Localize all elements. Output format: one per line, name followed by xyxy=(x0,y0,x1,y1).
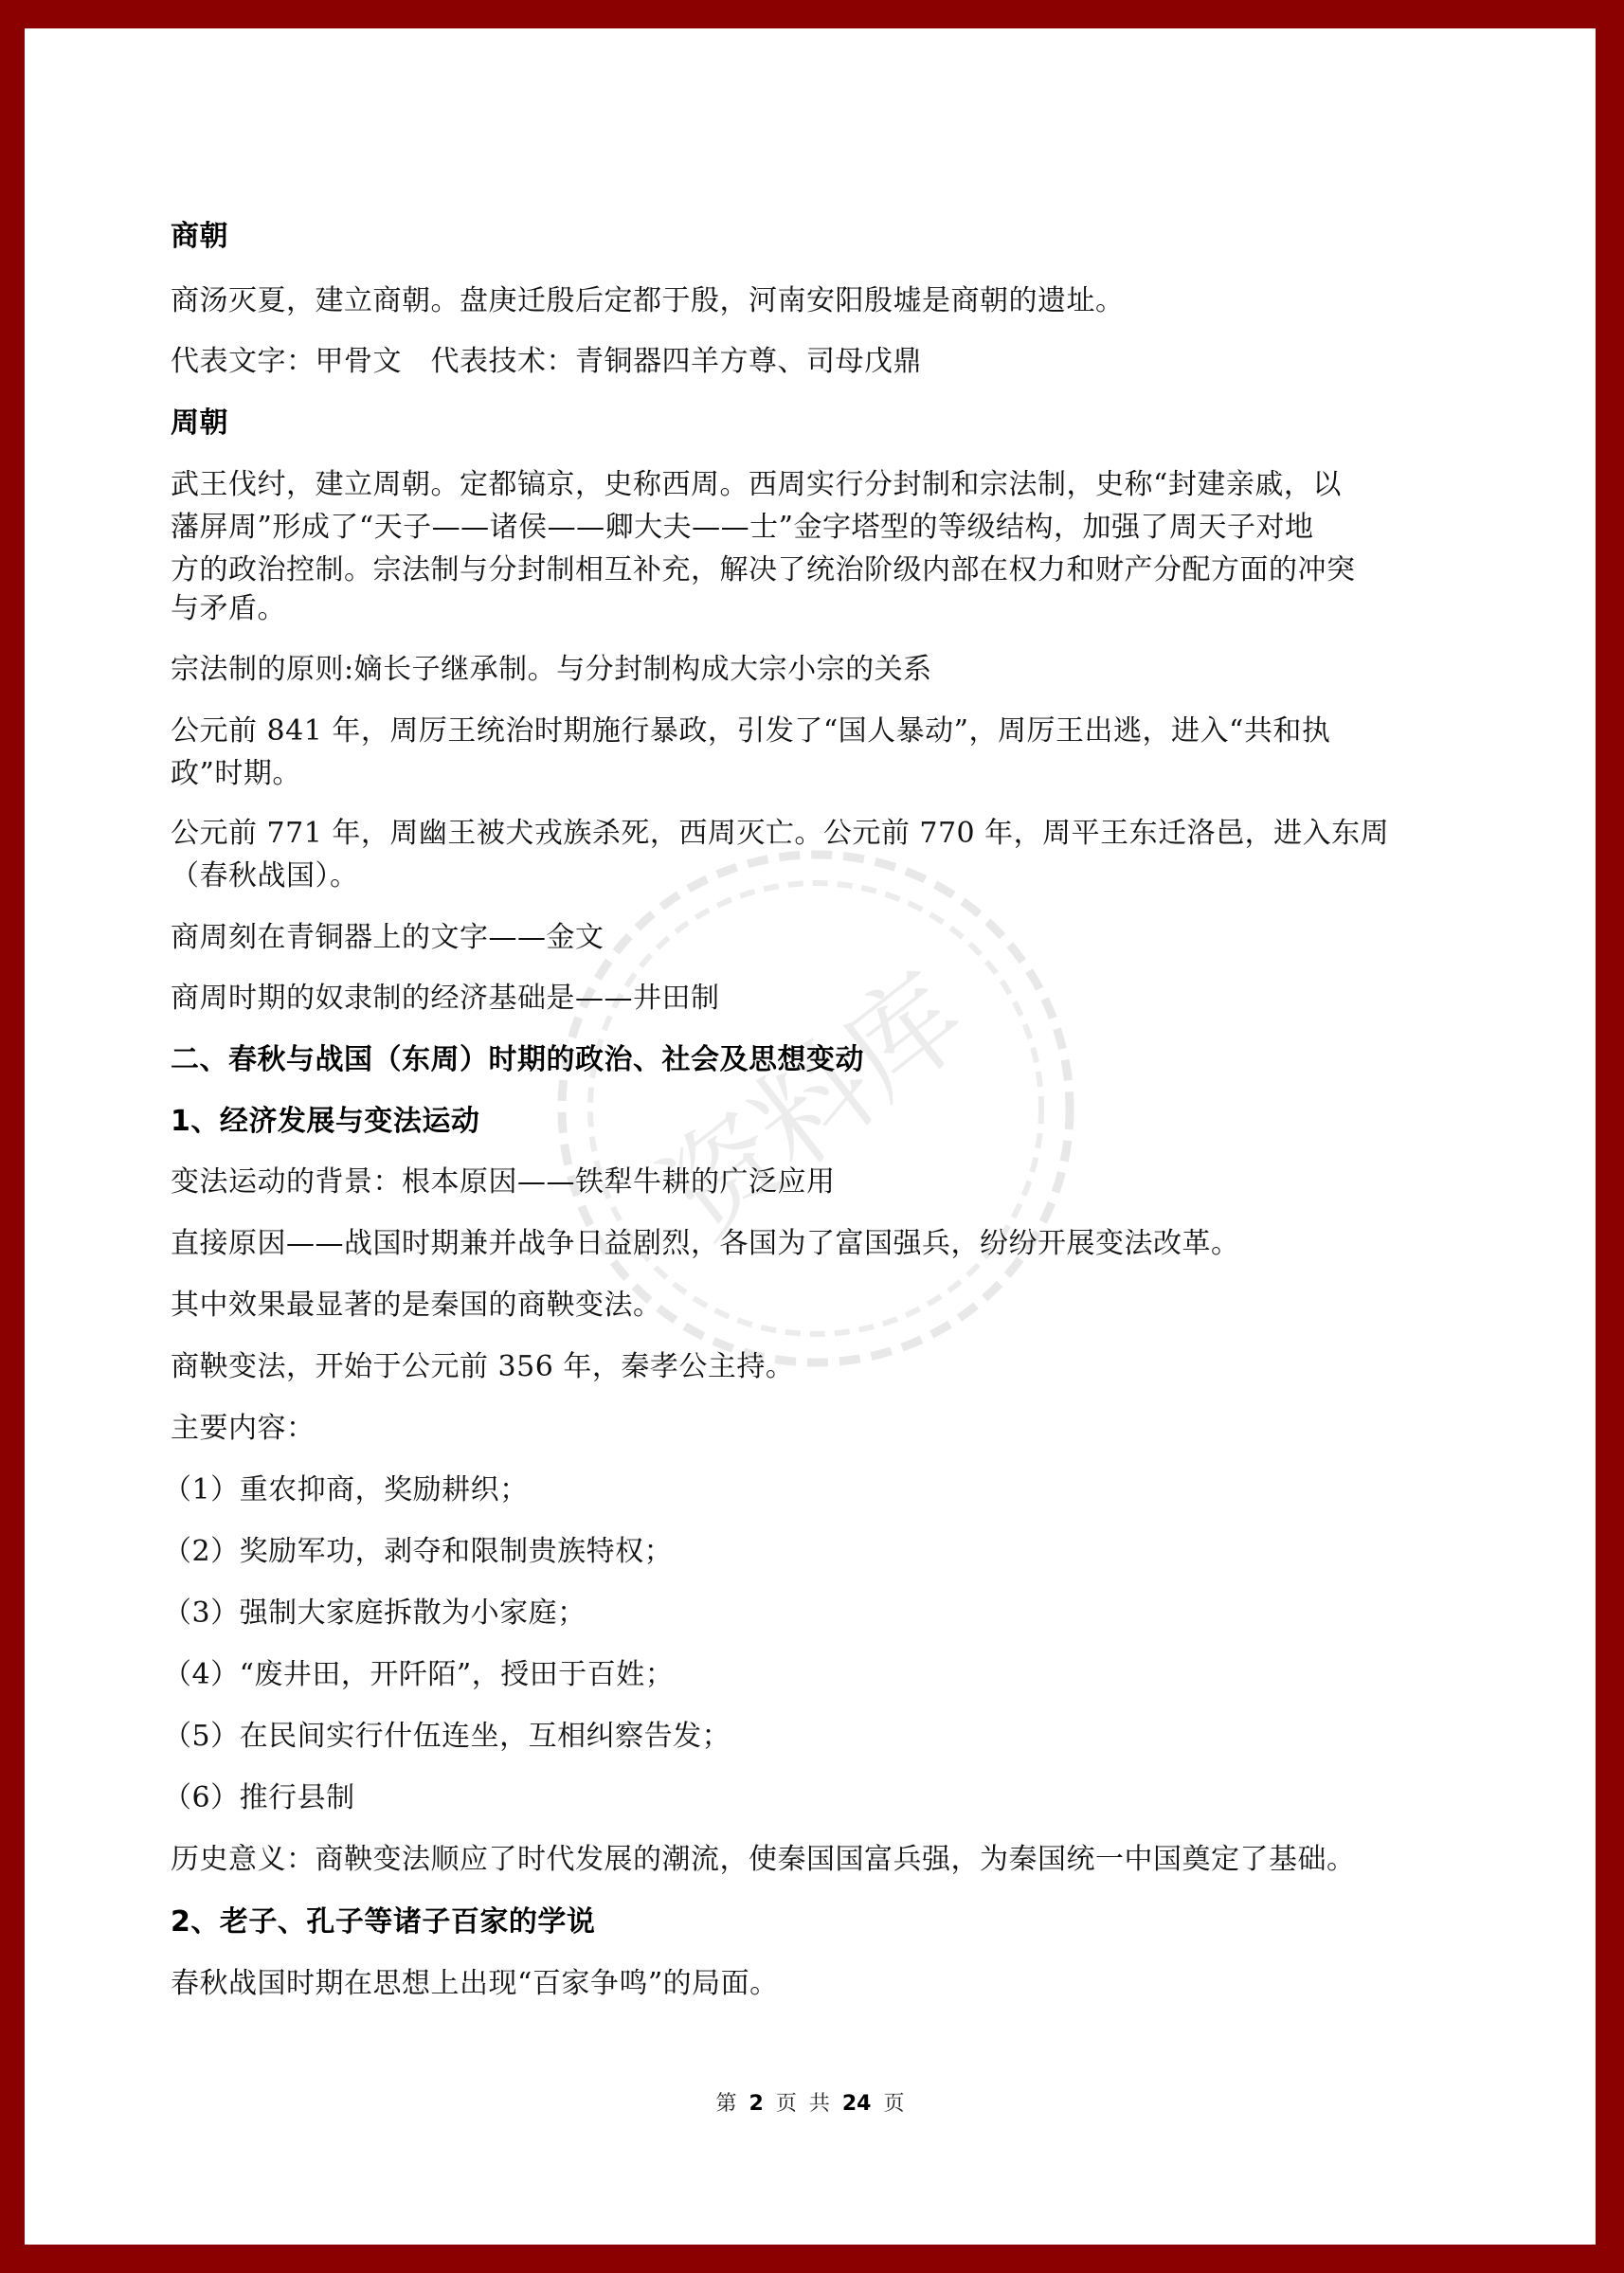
paragraph-historical-significance: 历史意义：商鞅变法顺应了时代发展的潮流，使秦国国富兵强，为秦国统一中国奠定了基础… xyxy=(171,1838,1356,1882)
paragraph-zhou-line-2: 藩屏周”形成了“天子——诸侯——卿大夫——士”金字塔型的等级结构，加强了周天子对… xyxy=(171,506,1314,550)
paragraph-zongfa-principle: 宗法制的原则:嫡长子继承制。与分封制构成大宗小宗的关系 xyxy=(171,648,932,692)
paragraph-direct-cause: 直接原因——战国时期兼并战争日益剧烈，各国为了富国强兵，纷纷开展变法改革。 xyxy=(171,1222,1240,1266)
paragraph-771bc-line-2: （春秋战国）。 xyxy=(171,855,359,898)
list-item-reform-1: （1）重农抑商，奖励耕织； xyxy=(163,1469,529,1512)
paragraph-jinwen: 商周刻在青铜器上的文字——金文 xyxy=(171,916,604,960)
paragraph-jingtian: 商周时期的奴隶制的经济基础是——井田制 xyxy=(171,977,720,1020)
heading-sub-2: 2、老子、孔子等诸子百家的学说 xyxy=(171,1901,595,1944)
paragraph-841bc-line-1: 公元前 841 年，周厉王统治时期施行暴政，引发了“国人暴动”，周厉王出逃，进入… xyxy=(171,710,1330,753)
paragraph-shang-founding: 商汤灭夏，建立商朝。盘庚迁殷后定都于殷，河南安阳殷墟是商朝的遗址。 xyxy=(171,280,1125,323)
list-item-reform-5: （5）在民间实行什伍连坐，互相纠察告发； xyxy=(163,1715,731,1759)
paragraph-841bc-line-2: 政”时期。 xyxy=(171,752,301,796)
paragraph-most-effective: 其中效果最显著的是秦国的商鞅变法。 xyxy=(171,1284,662,1327)
paragraph-shangyang-start: 商鞅变法，开始于公元前 356 年，秦孝公主持。 xyxy=(171,1345,794,1389)
paragraph-zhou-line-1: 武王伐纣，建立周朝。定都镐京，史称西周。西周实行分封制和宗法制，史称“封建亲戚，… xyxy=(171,463,1342,507)
heading-shang: 商朝 xyxy=(171,215,228,259)
paragraph-hundred-schools: 春秋战国时期在思想上出现“百家争鸣”的局面。 xyxy=(171,1962,779,2006)
footer-middle: 页 共 xyxy=(776,2092,830,2116)
list-item-reform-2: （2）奖励军功，剥夺和限制贵族特权； xyxy=(163,1530,673,1574)
current-page-number: 2 xyxy=(749,2092,764,2116)
heading-sub-1: 1、经济发展与变法运动 xyxy=(171,1100,479,1144)
footer-prefix: 第 xyxy=(716,2092,737,2116)
document-page: 资料库 商朝 商汤灭夏，建立商朝。盘庚迁殷后定都于殷，河南安阳殷墟是商朝的遗址。… xyxy=(25,28,1596,2245)
list-item-reform-3: （3）强制大家庭拆散为小家庭； xyxy=(163,1592,586,1635)
paragraph-reform-background: 变法运动的背景：根本原因——铁犁牛耕的广泛应用 xyxy=(171,1161,836,1204)
paragraph-zhou-line-3: 方的政治控制。宗法制与分封制相互补充，解决了统治阶级内部在权力和财产分配方面的冲… xyxy=(171,549,1356,592)
heading-zhou: 周朝 xyxy=(171,402,228,445)
paragraph-771bc-line-1: 公元前 771 年，周幽王被犬戎族杀死，西周灭亡。公元前 770 年，周平王东迁… xyxy=(171,812,1389,856)
heading-part-2: 二、春秋与战国（东周）时期的政治、社会及思想变动 xyxy=(171,1038,864,1082)
total-page-count: 24 xyxy=(842,2092,872,2116)
paragraph-main-content-label: 主要内容： xyxy=(171,1407,316,1451)
list-item-reform-4: （4）“废井田，开阡陌”，授田于百姓； xyxy=(163,1653,674,1697)
paragraph-zhou-line-4: 与矛盾。 xyxy=(171,587,286,631)
list-item-reform-6: （6）推行县制 xyxy=(163,1777,355,1820)
page-footer: 第 2 页 共 24 页 xyxy=(25,2087,1596,2117)
footer-suffix: 页 xyxy=(883,2092,904,2116)
paragraph-shang-script: 代表文字：甲骨文 代表技术：青铜器四羊方尊、司母戊鼎 xyxy=(171,340,922,384)
